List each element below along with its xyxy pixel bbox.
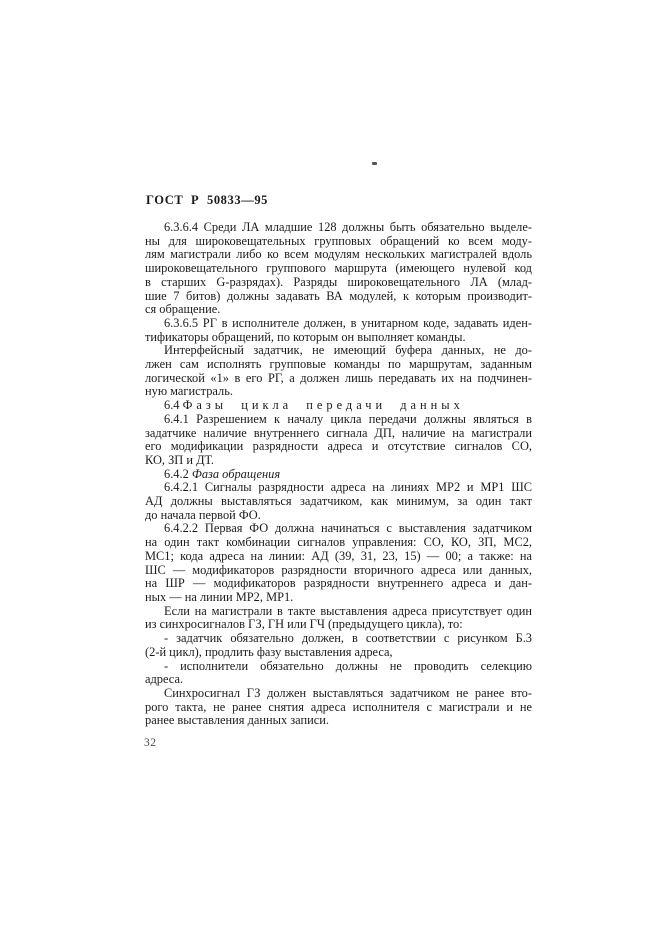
text-line: рого такта, не ранее снятия адреса испол… [145, 701, 532, 715]
text-line: логической «1» в его РГ, а должен лишь п… [145, 372, 532, 386]
text-line: МС1; кода адреса на линии: АД (39, 31, 2… [145, 550, 532, 564]
text-line: 6.4.2.1 Сигналы разрядности адреса на ли… [145, 481, 532, 495]
text-line: 6.4.2.2 Первая ФО должна начинаться с вы… [145, 522, 532, 536]
section-number: 6.4 [164, 398, 183, 412]
text-line: из синхросигналов ГЗ, ГН или ГЧ (предыду… [145, 618, 532, 632]
text-line: в старших G-разрядах). Разряды широковещ… [145, 276, 532, 290]
text-line: 6.4.1 Разрешением к началу цикла передач… [145, 413, 532, 427]
section-heading: 6.4 Фазы цикла передачи данных [145, 399, 532, 413]
text-line: Синхросигнал ГЗ должен выставляться зада… [145, 687, 532, 701]
subsection-heading: 6.4.2 Фаза обращения [145, 468, 532, 482]
text-body: 6.3.6.4 Среди ЛА младшие 128 должны быть… [145, 221, 532, 728]
text-line: ранее выставления данных записи. [145, 714, 532, 728]
scan-speck-mark [372, 162, 377, 165]
text-line: ШС — модификаторов разрядности вторичног… [145, 564, 532, 578]
text-line: 6.3.6.4 Среди ЛА младшие 128 должны быть… [145, 221, 532, 235]
section-heading-text: Фазы цикла передачи данных [183, 398, 464, 412]
text-line: на один такт комбинации сигналов управле… [145, 536, 532, 550]
document-header: ГОСТ Р 50833—95 [146, 193, 268, 208]
text-line: задатчике наличие внутреннего сигнала ДП… [145, 427, 532, 441]
text-line: (2-й цикл), продлить фазу выставления ад… [145, 646, 532, 660]
subsection-heading-text: Фаза обращения [192, 467, 280, 481]
subsection-number: 6.4.2 [164, 467, 192, 481]
text-line: лям магистрали либо ко всем модулям неск… [145, 248, 532, 262]
document-page: ГОСТ Р 50833—95 6.3.6.4 Среди ЛА младшие… [0, 0, 661, 935]
text-line: 6.3.6.5 РГ в исполнителе должен, в унита… [145, 317, 532, 331]
text-line: ся обращение. [145, 303, 532, 317]
text-line: адреса. [145, 673, 532, 687]
text-line: - задатчик обязательно должен, в соответ… [145, 632, 532, 646]
text-line: широковещательного группового маршрута (… [145, 262, 532, 276]
text-line: - исполнители обязательно должны не пров… [145, 660, 532, 674]
text-line: Если на магистрали в такте выставления а… [145, 605, 532, 619]
text-line: ную магистраль. [145, 385, 532, 399]
text-line: КО, ЗП и ДТ. [145, 454, 532, 468]
text-line: шие 7 битов) должны задавать ВА модулей,… [145, 290, 532, 304]
text-line: АД должны выставляться задатчиком, как м… [145, 495, 532, 509]
page-number: 32 [144, 737, 157, 749]
text-line: лжен сам исполнять групповые команды по … [145, 358, 532, 372]
text-line: ны для широковещательных групповых обращ… [145, 235, 532, 249]
text-line: на ШР — модификаторов разрядности внутре… [145, 577, 532, 591]
text-line: тификаторы обращений, по которым он выпо… [145, 331, 532, 345]
text-line: ных — на линии МР2, МР1. [145, 591, 532, 605]
text-line: до начала первой ФО. [145, 509, 532, 523]
text-line: Интерфейсный задатчик, не имеющий буфера… [145, 344, 532, 358]
text-line: его модификации разрядности адреса и отс… [145, 440, 532, 454]
